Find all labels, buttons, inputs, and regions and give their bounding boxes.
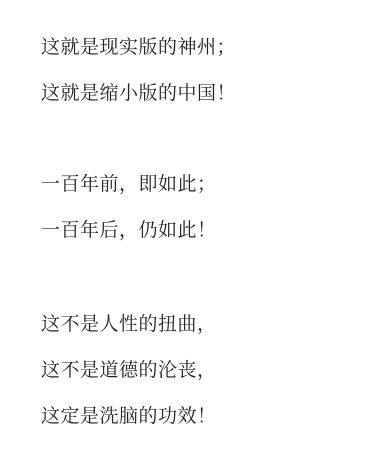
poem-line: 这不是人性的扭曲， bbox=[41, 312, 217, 336]
poem-line: 一百年前，即如此； bbox=[41, 172, 217, 196]
poem-line: 这定是洗脑的功效！ bbox=[41, 404, 217, 428]
poem-line: 一百年后，仍如此！ bbox=[41, 218, 217, 242]
poem-line: 这不是道德的沦丧， bbox=[41, 358, 217, 382]
poem-line: 这就是现实版的神州； bbox=[41, 35, 236, 59]
poem-line: 这就是缩小版的中国！ bbox=[41, 81, 236, 105]
